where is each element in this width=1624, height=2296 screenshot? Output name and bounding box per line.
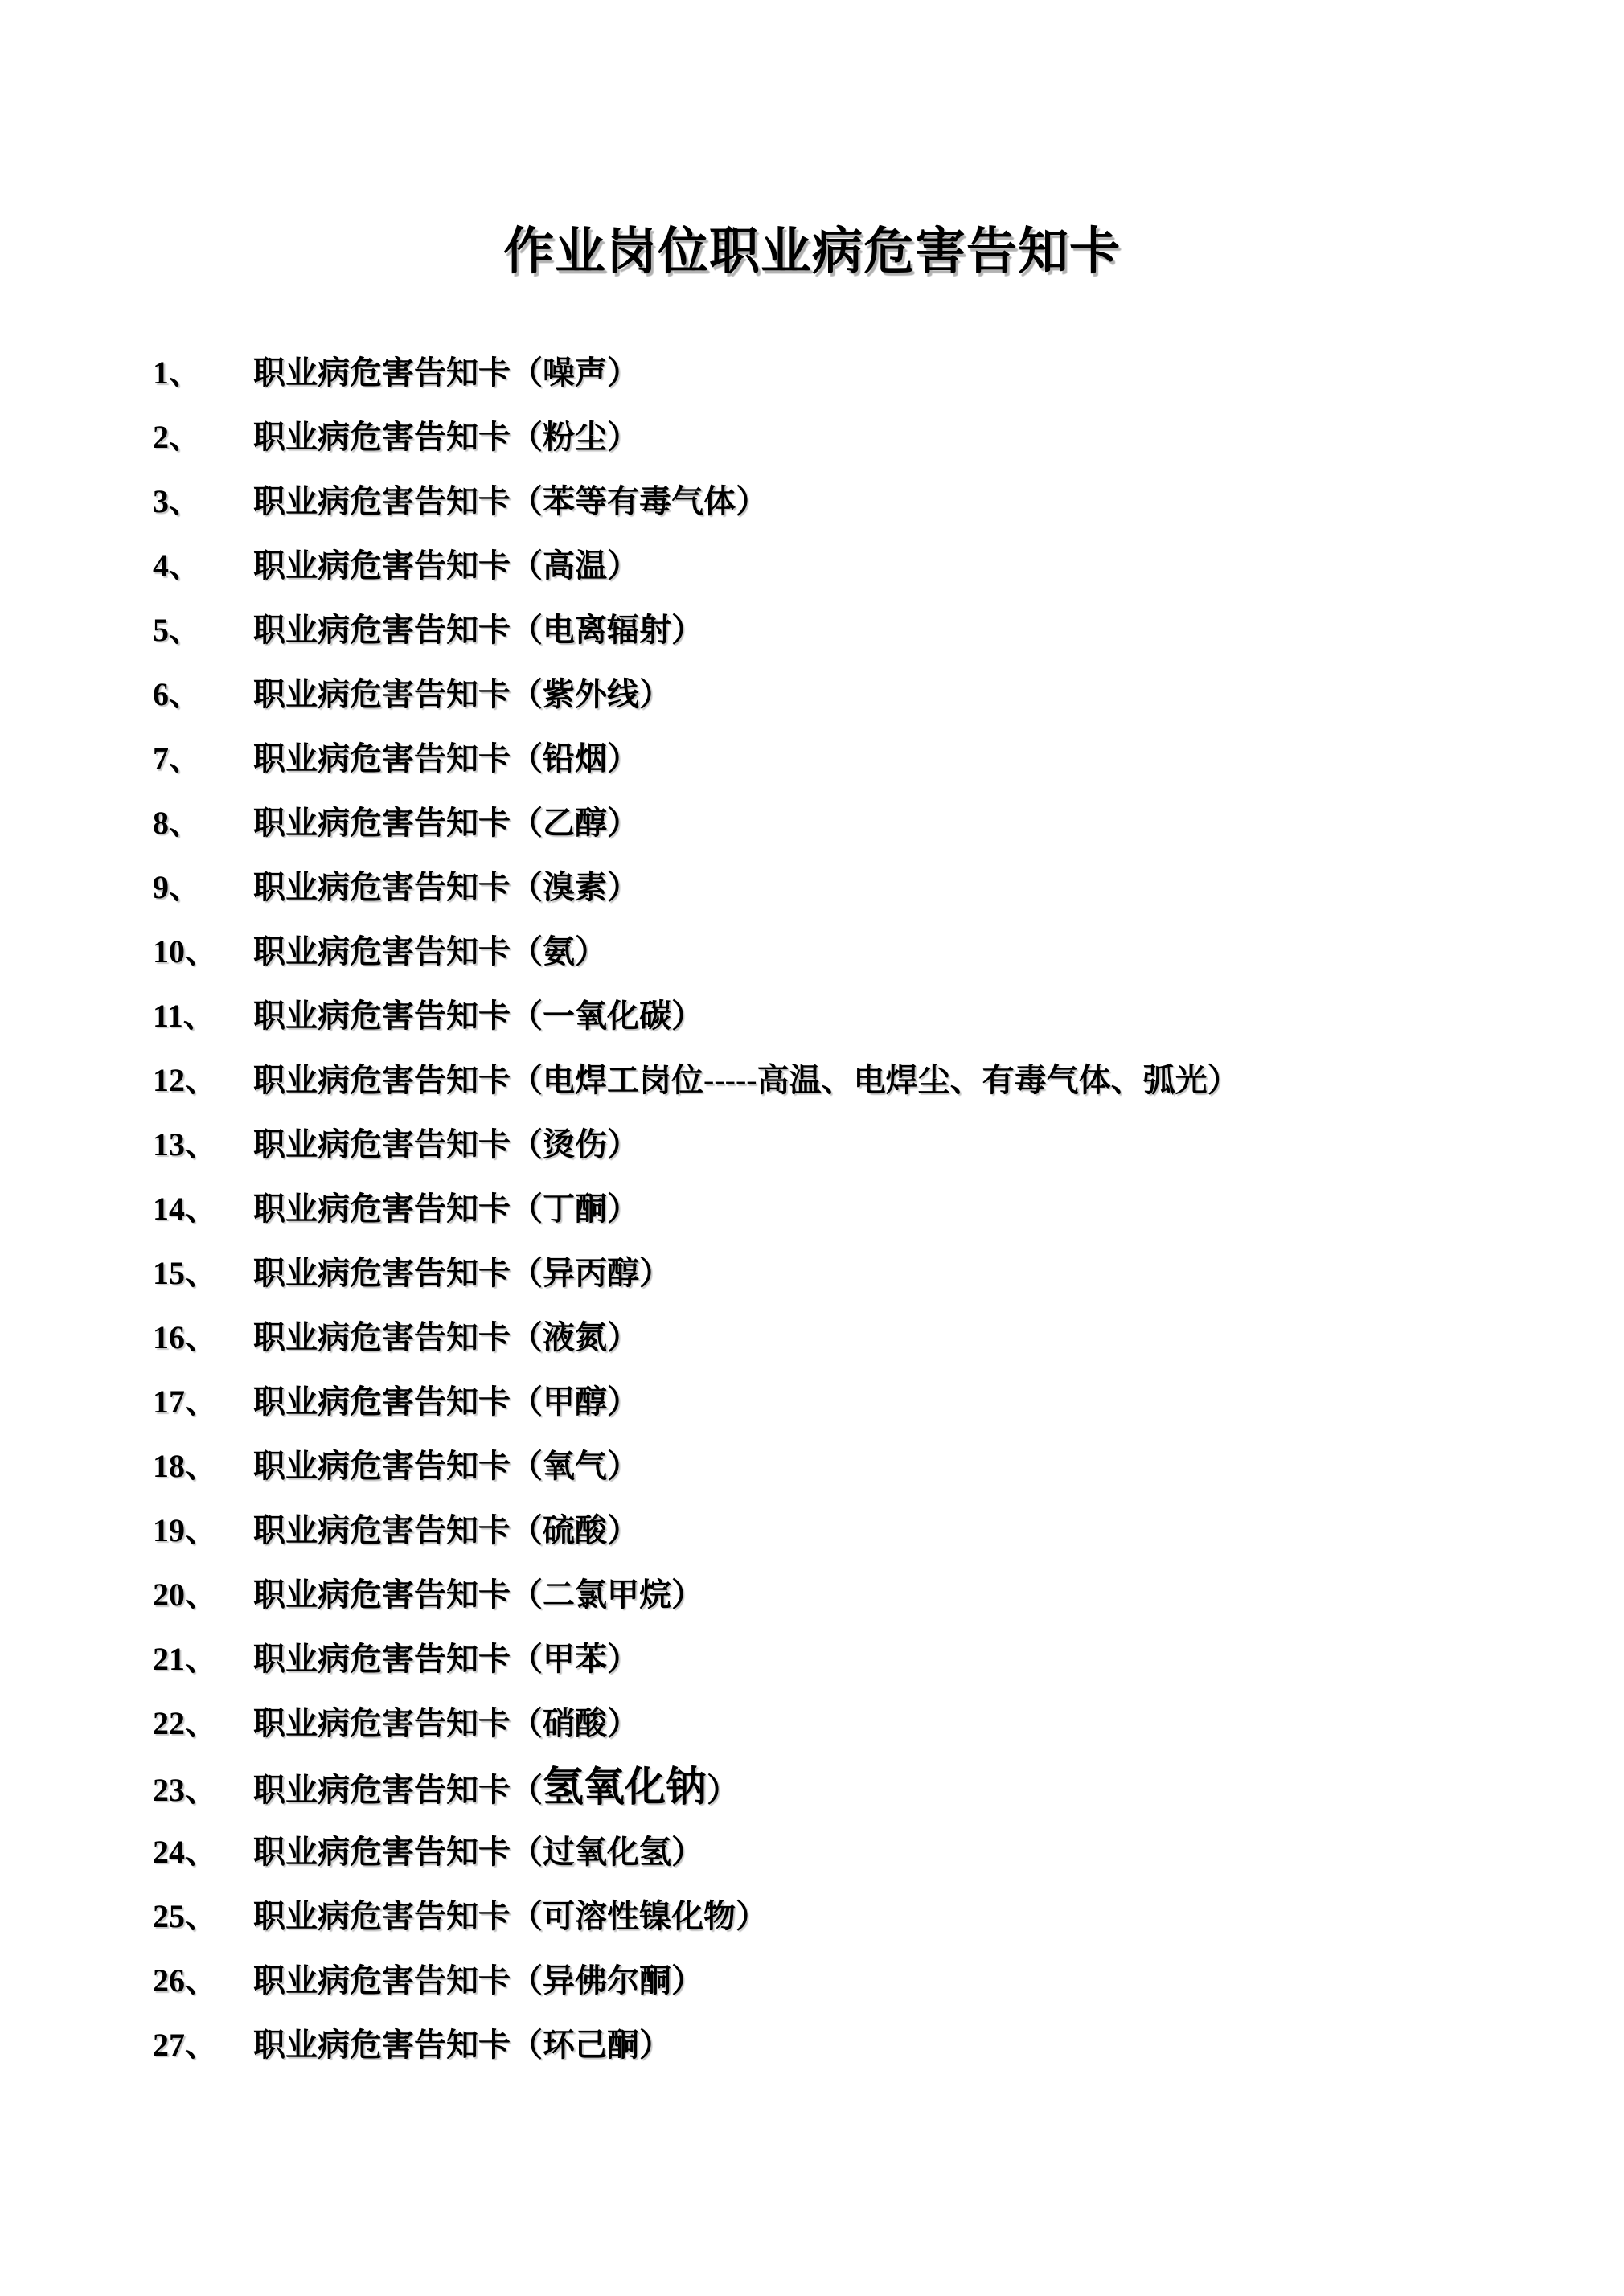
item-label: 职业病危害告知卡（氨） xyxy=(253,933,607,970)
item-label-suffix: ） xyxy=(607,419,639,455)
list-item: 11、职业病危害告知卡（一氧化碳） xyxy=(153,984,1240,1048)
item-hazard: 甲醇 xyxy=(543,1384,607,1420)
list-item: 10、职业病危害告知卡（氨） xyxy=(153,920,1240,984)
item-number: 4、 xyxy=(153,534,253,598)
list-item: 1、职业病危害告知卡（噪声） xyxy=(153,341,1240,405)
item-hazard: 电焊工岗位-----高温、电焊尘、有毒气体、弧光 xyxy=(543,1062,1208,1098)
list-item: 19、职业病危害告知卡（硫酸） xyxy=(153,1499,1240,1563)
item-number: 25、 xyxy=(153,1884,253,1949)
item-label-suffix: ） xyxy=(607,547,639,584)
item-number: 17、 xyxy=(153,1370,253,1434)
item-label: 职业病危害告知卡（可溶性镍化物） xyxy=(253,1898,768,1934)
list-item: 2、职业病危害告知卡（粉尘） xyxy=(153,405,1240,469)
list-item: 12、职业病危害告知卡（电焊工岗位-----高温、电焊尘、有毒气体、弧光） xyxy=(153,1048,1240,1113)
item-label-prefix: 职业病危害告知卡（ xyxy=(253,805,543,841)
item-label: 职业病危害告知卡（乙醇） xyxy=(253,805,639,841)
list-item: 21、职业病危害告知卡（甲苯） xyxy=(153,1627,1240,1691)
item-number: 6、 xyxy=(153,662,253,727)
list-item: 4、职业病危害告知卡（高温） xyxy=(153,534,1240,598)
item-label-prefix: 职业病危害告知卡（ xyxy=(253,355,543,391)
item-hazard: 硫酸 xyxy=(543,1512,607,1548)
item-label-suffix: ） xyxy=(607,1705,639,1741)
item-hazard: 乙醇 xyxy=(543,805,607,841)
item-hazard: 氨 xyxy=(543,933,575,970)
item-label-prefix: 职业病危害告知卡（ xyxy=(253,1448,543,1484)
list-item: 26、职业病危害告知卡（异佛尔酮） xyxy=(153,1949,1240,2013)
item-hazard: 粉尘 xyxy=(543,419,607,455)
item-hazard: 环己酮 xyxy=(543,2027,639,2063)
item-label-prefix: 职业病危害告知卡（ xyxy=(253,740,543,777)
item-label-prefix: 职业病危害告知卡（ xyxy=(253,419,543,455)
item-label: 职业病危害告知卡（氢氧化钠） xyxy=(253,1772,739,1808)
item-label-suffix: ） xyxy=(1208,1062,1240,1098)
item-number: 14、 xyxy=(153,1177,253,1241)
item-number: 13、 xyxy=(153,1113,253,1177)
item-label: 职业病危害告知卡（甲醇） xyxy=(253,1384,639,1420)
item-hazard: 丁酮 xyxy=(543,1191,607,1227)
item-label-suffix: ） xyxy=(607,1319,639,1355)
item-label: 职业病危害告知卡（电焊工岗位-----高温、电焊尘、有毒气体、弧光） xyxy=(253,1062,1240,1098)
item-hazard: 电离辐射 xyxy=(543,612,671,648)
item-label-suffix: ） xyxy=(575,933,607,970)
item-label: 职业病危害告知卡（甲苯） xyxy=(253,1641,639,1677)
item-hazard: 氧气 xyxy=(543,1448,607,1484)
item-number: 3、 xyxy=(153,469,253,534)
item-hazard: 高温 xyxy=(543,547,607,584)
item-label: 职业病危害告知卡（电离辐射） xyxy=(253,612,703,648)
item-label-suffix: ） xyxy=(607,1384,639,1420)
list-item: 3、职业病危害告知卡（苯等有毒气体） xyxy=(153,469,1240,534)
list-item: 15、职业病危害告知卡（异丙醇） xyxy=(153,1241,1240,1306)
item-label-suffix: ） xyxy=(607,1641,639,1677)
item-label-prefix: 职业病危害告知卡（ xyxy=(253,483,543,519)
item-label-suffix: ） xyxy=(607,1448,639,1484)
item-hazard: 噪声 xyxy=(543,355,607,391)
list-item: 25、职业病危害告知卡（可溶性镍化物） xyxy=(153,1884,1240,1949)
item-label-suffix: ） xyxy=(707,1772,739,1808)
item-hazard: 甲苯 xyxy=(543,1641,607,1677)
item-label: 职业病危害告知卡（硝酸） xyxy=(253,1705,639,1741)
item-label-prefix: 职业病危害告知卡（ xyxy=(253,1126,543,1162)
list-item: 23、职业病危害告知卡（氢氧化钠） xyxy=(153,1756,1240,1820)
page-title: 作业岗位职业病危害告知卡 xyxy=(0,211,1624,284)
item-label-suffix: ） xyxy=(671,998,703,1034)
item-hazard: 烫伤 xyxy=(543,1126,607,1162)
item-number: 9、 xyxy=(153,855,253,920)
list-item: 27、职业病危害告知卡（环己酮） xyxy=(153,2013,1240,2077)
item-label: 职业病危害告知卡（苯等有毒气体） xyxy=(253,483,768,519)
item-number: 16、 xyxy=(153,1306,253,1370)
list-item: 17、职业病危害告知卡（甲醇） xyxy=(153,1370,1240,1434)
item-number: 5、 xyxy=(153,598,253,662)
item-label: 职业病危害告知卡（噪声） xyxy=(253,355,639,391)
item-label-prefix: 职业病危害告知卡（ xyxy=(253,1834,543,1870)
item-number: 24、 xyxy=(153,1820,253,1884)
item-label-prefix: 职业病危害告知卡（ xyxy=(253,1962,543,1999)
item-number: 27、 xyxy=(153,2013,253,2077)
item-label-suffix: ） xyxy=(671,1962,703,1999)
item-label-suffix: ） xyxy=(607,1512,639,1548)
item-label-suffix: ） xyxy=(607,1191,639,1227)
item-hazard: 硝酸 xyxy=(543,1705,607,1741)
item-label: 职业病危害告知卡（硫酸） xyxy=(253,1512,639,1548)
item-label-prefix: 职业病危害告知卡（ xyxy=(253,1641,543,1677)
list-item: 16、职业病危害告知卡（液氮） xyxy=(153,1306,1240,1370)
item-hazard: 一氧化碳 xyxy=(543,998,671,1034)
item-hazard: 铅烟 xyxy=(543,740,607,777)
list-item: 18、职业病危害告知卡（氧气） xyxy=(153,1434,1240,1499)
item-number: 22、 xyxy=(153,1691,253,1756)
item-number: 8、 xyxy=(153,791,253,855)
item-label-prefix: 职业病危害告知卡（ xyxy=(253,1255,543,1291)
item-label-prefix: 职业病危害告知卡（ xyxy=(253,547,543,584)
item-label-prefix: 职业病危害告知卡（ xyxy=(253,869,543,905)
item-label-suffix: ） xyxy=(639,1255,671,1291)
item-number: 19、 xyxy=(153,1499,253,1563)
item-hazard: 氢氧化钠 xyxy=(543,1765,707,1810)
item-label-suffix: ） xyxy=(607,869,639,905)
item-number: 21、 xyxy=(153,1627,253,1691)
item-hazard: 二氯甲烷 xyxy=(543,1576,671,1613)
item-hazard: 异丙醇 xyxy=(543,1255,639,1291)
item-label-suffix: ） xyxy=(639,2027,671,2063)
item-label-suffix: ） xyxy=(736,1898,768,1934)
list-item: 9、职业病危害告知卡（溴素） xyxy=(153,855,1240,920)
item-label-prefix: 职业病危害告知卡（ xyxy=(253,1319,543,1355)
item-label: 职业病危害告知卡（过氧化氢） xyxy=(253,1834,703,1870)
item-label-prefix: 职业病危害告知卡（ xyxy=(253,612,543,648)
item-label: 职业病危害告知卡（铅烟） xyxy=(253,740,639,777)
list-item: 5、职业病危害告知卡（电离辐射） xyxy=(153,598,1240,662)
item-number: 20、 xyxy=(153,1563,253,1627)
item-label: 职业病危害告知卡（异丙醇） xyxy=(253,1255,671,1291)
item-label-prefix: 职业病危害告知卡（ xyxy=(253,1191,543,1227)
item-label-prefix: 职业病危害告知卡（ xyxy=(253,1705,543,1741)
item-hazard: 过氧化氢 xyxy=(543,1834,671,1870)
item-hazard: 苯等有毒气体 xyxy=(543,483,736,519)
item-label: 职业病危害告知卡（液氮） xyxy=(253,1319,639,1355)
item-label-suffix: ） xyxy=(736,483,768,519)
item-label-suffix: ） xyxy=(639,676,671,712)
item-number: 2、 xyxy=(153,405,253,469)
list-item: 6、职业病危害告知卡（紫外线） xyxy=(153,662,1240,727)
list-item: 22、职业病危害告知卡（硝酸） xyxy=(153,1691,1240,1756)
item-hazard: 可溶性镍化物 xyxy=(543,1898,736,1934)
item-label-suffix: ） xyxy=(671,1576,703,1613)
item-label-prefix: 职业病危害告知卡（ xyxy=(253,1576,543,1613)
item-number: 12、 xyxy=(153,1048,253,1113)
list-item: 7、职业病危害告知卡（铅烟） xyxy=(153,727,1240,791)
item-label-suffix: ） xyxy=(671,612,703,648)
item-label: 职业病危害告知卡（一氧化碳） xyxy=(253,998,703,1034)
item-label-prefix: 职业病危害告知卡（ xyxy=(253,676,543,712)
list-item: 14、职业病危害告知卡（丁酮） xyxy=(153,1177,1240,1241)
item-hazard: 异佛尔酮 xyxy=(543,1962,671,1999)
item-label: 职业病危害告知卡（烫伤） xyxy=(253,1126,639,1162)
item-label-suffix: ） xyxy=(607,740,639,777)
item-label: 职业病危害告知卡（粉尘） xyxy=(253,419,639,455)
list-item: 20、职业病危害告知卡（二氯甲烷） xyxy=(153,1563,1240,1627)
item-label-suffix: ） xyxy=(671,1834,703,1870)
item-label-prefix: 职业病危害告知卡（ xyxy=(253,2027,543,2063)
document-page: 作业岗位职业病危害告知卡 1、职业病危害告知卡（噪声） 2、职业病危害告知卡（粉… xyxy=(0,0,1624,2296)
item-number: 10、 xyxy=(153,920,253,984)
item-label-prefix: 职业病危害告知卡（ xyxy=(253,1512,543,1548)
item-label-prefix: 职业病危害告知卡（ xyxy=(253,933,543,970)
hazard-card-list: 1、职业病危害告知卡（噪声） 2、职业病危害告知卡（粉尘） 3、职业病危害告知卡… xyxy=(153,341,1240,2077)
item-hazard: 液氮 xyxy=(543,1319,607,1355)
item-label: 职业病危害告知卡（丁酮） xyxy=(253,1191,639,1227)
item-number: 15、 xyxy=(153,1241,253,1306)
list-item: 8、职业病危害告知卡（乙醇） xyxy=(153,791,1240,855)
item-label-suffix: ） xyxy=(607,355,639,391)
item-hazard: 紫外线 xyxy=(543,676,639,712)
item-number: 26、 xyxy=(153,1949,253,2013)
item-number: 11、 xyxy=(153,984,253,1048)
item-label-prefix: 职业病危害告知卡（ xyxy=(253,1062,543,1098)
item-hazard: 溴素 xyxy=(543,869,607,905)
item-label: 职业病危害告知卡（紫外线） xyxy=(253,676,671,712)
item-number: 18、 xyxy=(153,1434,253,1499)
list-item: 24、职业病危害告知卡（过氧化氢） xyxy=(153,1820,1240,1884)
item-label-prefix: 职业病危害告知卡（ xyxy=(253,1898,543,1934)
item-label-prefix: 职业病危害告知卡（ xyxy=(253,1384,543,1420)
item-label: 职业病危害告知卡（异佛尔酮） xyxy=(253,1962,703,1999)
item-label-suffix: ） xyxy=(607,805,639,841)
list-item: 13、职业病危害告知卡（烫伤） xyxy=(153,1113,1240,1177)
item-label-prefix: 职业病危害告知卡（ xyxy=(253,1772,543,1808)
item-label: 职业病危害告知卡（高温） xyxy=(253,547,639,584)
item-label: 职业病危害告知卡（环己酮） xyxy=(253,2027,671,2063)
item-number: 1、 xyxy=(153,341,253,405)
item-label-suffix: ） xyxy=(607,1126,639,1162)
item-label: 职业病危害告知卡（二氯甲烷） xyxy=(253,1576,703,1613)
item-number: 23、 xyxy=(153,1758,253,1822)
item-label: 职业病危害告知卡（溴素） xyxy=(253,869,639,905)
item-label: 职业病危害告知卡（氧气） xyxy=(253,1448,639,1484)
item-number: 7、 xyxy=(153,727,253,791)
item-label-prefix: 职业病危害告知卡（ xyxy=(253,998,543,1034)
